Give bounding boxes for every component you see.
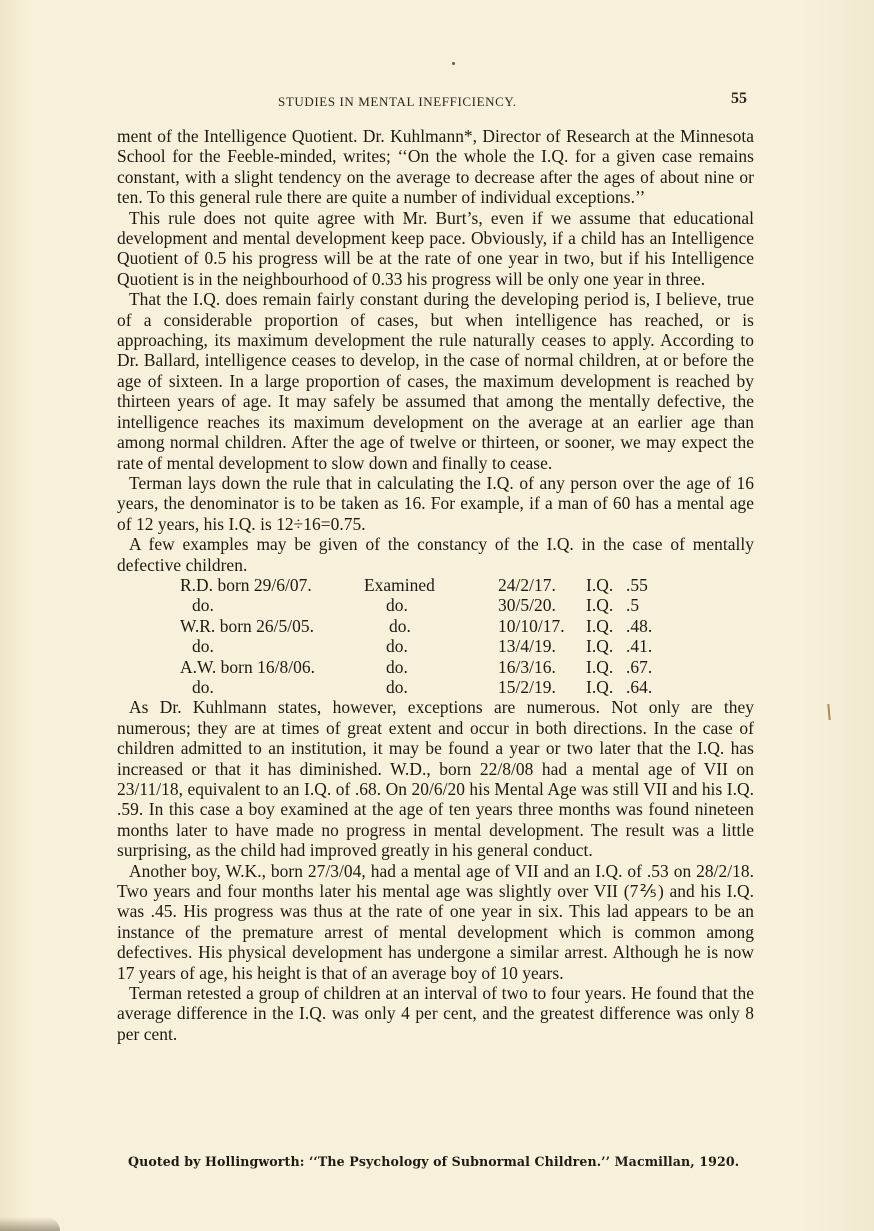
table-row: W.R. born 26/5/05. do. 10/10/17. I.Q. .4…: [180, 616, 666, 636]
examined-label: Examined: [364, 575, 498, 595]
iq-label: I.Q.: [586, 677, 626, 697]
iq-label: I.Q.: [586, 636, 626, 656]
margin-pencil-mark: [827, 704, 830, 720]
iq-label: I.Q.: [586, 657, 626, 677]
page-number: 55: [731, 90, 747, 108]
table-row: do. do. 15/2/19. I.Q. .64.: [180, 677, 666, 697]
page-corner-shadow: [0, 1217, 60, 1231]
iq-value: .67.: [626, 657, 666, 677]
table-row: do. do. 30/5/20. I.Q. .5: [180, 595, 666, 615]
iq-examples-table: R.D. born 29/6/07. Examined 24/2/17. I.Q…: [180, 575, 666, 697]
exam-date: 30/5/20.: [498, 595, 586, 615]
child-name: do.: [180, 595, 364, 615]
examined-label: do.: [364, 636, 498, 656]
exam-date: 15/2/19.: [498, 677, 586, 697]
exam-date: 24/2/17.: [498, 575, 586, 595]
child-name: do.: [180, 677, 364, 697]
iq-value: .64.: [626, 677, 666, 697]
body-text: ment of the Intelligence Quotient. Dr. K…: [117, 126, 754, 1044]
iq-label: I.Q.: [586, 616, 626, 636]
examined-label: do.: [364, 677, 498, 697]
running-title: STUDIES IN MENTAL INEFFICIENCY.: [278, 94, 517, 110]
examined-label: do.: [364, 657, 498, 677]
paragraph: Another boy, W.K., born 27/3/04, had a m…: [117, 861, 754, 983]
iq-value: .5: [626, 595, 666, 615]
paragraph: Terman retested a group of children at a…: [117, 983, 754, 1044]
exam-date: 16/3/16.: [498, 657, 586, 677]
exam-date: 10/10/17.: [498, 616, 586, 636]
iq-label: I.Q.: [586, 575, 626, 595]
iq-value: .48.: [626, 616, 666, 636]
paragraph: ment of the Intelligence Quotient. Dr. K…: [117, 126, 754, 208]
book-page: STUDIES IN MENTAL INEFFICIENCY. 55 ment …: [0, 0, 874, 1231]
exam-date: 13/4/19.: [498, 636, 586, 656]
table-row: R.D. born 29/6/07. Examined 24/2/17. I.Q…: [180, 575, 666, 595]
paragraph: Terman lays down the rule that in calcul…: [117, 473, 754, 534]
examined-label: do.: [364, 616, 498, 636]
footnote: Quoted by Hollingworth: ‘‘The Psychology…: [128, 1154, 739, 1169]
child-name: W.R. born 26/5/05.: [180, 616, 364, 636]
ink-speck: [452, 62, 455, 65]
paragraph: This rule does not quite agree with Mr. …: [117, 208, 754, 290]
iq-value: .55: [626, 575, 666, 595]
table-row: do. do. 13/4/19. I.Q. .41.: [180, 636, 666, 656]
child-name: A.W. born 16/8/06.: [180, 657, 364, 677]
child-name: R.D. born 29/6/07.: [180, 575, 364, 595]
child-name: do.: [180, 636, 364, 656]
paragraph: As Dr. Kuhlmann states, however, excepti…: [117, 697, 754, 860]
iq-label: I.Q.: [586, 595, 626, 615]
table-row: A.W. born 16/8/06. do. 16/3/16. I.Q. .67…: [180, 657, 666, 677]
paragraph: That the I.Q. does remain fairly constan…: [117, 289, 754, 473]
examined-label: do.: [364, 595, 498, 615]
iq-value: .41.: [626, 636, 666, 656]
paragraph: A few examples may be given of the const…: [117, 534, 754, 575]
